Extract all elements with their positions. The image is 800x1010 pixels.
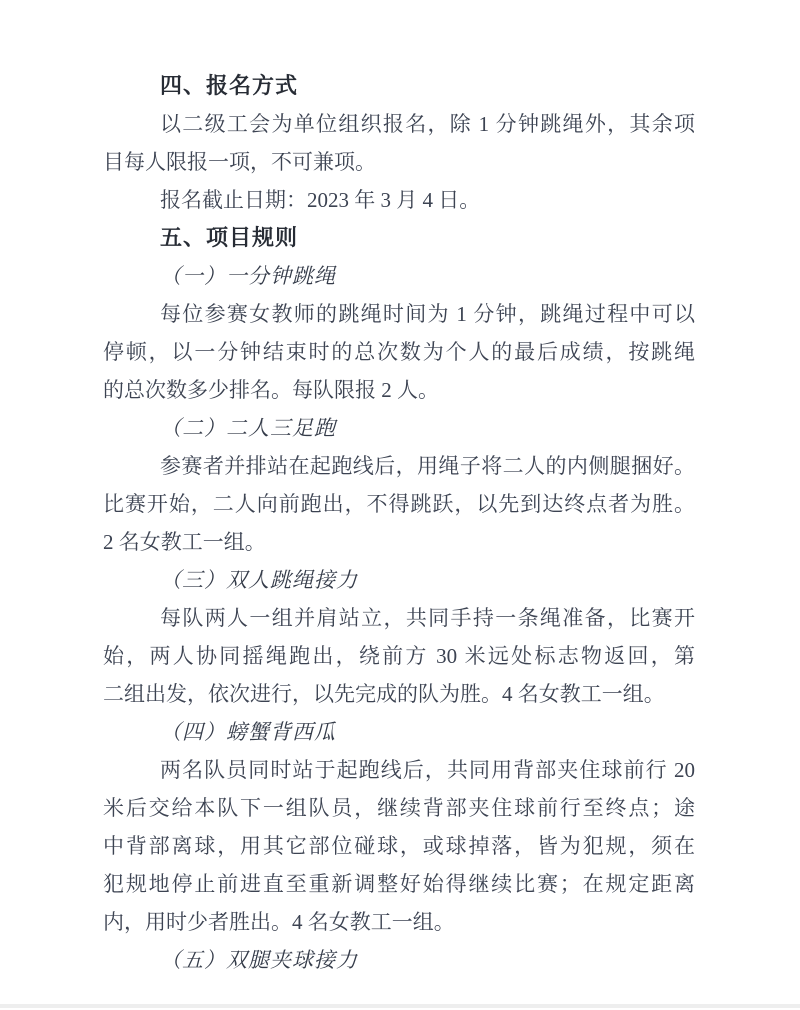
item-1-line-2: 停顿，以一分钟结束时的总次数为个人的最后成绩，按跳绳 bbox=[103, 333, 695, 371]
item-4-line-4: 犯规地停止前进直至重新调整好始得继续比赛；在规定距离 bbox=[103, 865, 695, 903]
section-4-para-2-line-1: 报名截止日期：2023 年 3 月 4 日。 bbox=[103, 181, 695, 219]
item-4-line-2: 米后交给本队下一组队员，继续背部夹住球前行至终点；途 bbox=[103, 789, 695, 827]
item-2-line-1: 参赛者并排站在起跑线后，用绳子将二人的内侧腿捆好。 bbox=[103, 447, 695, 485]
item-4-line-5: 内，用时少者胜出。4 名女教工一组。 bbox=[103, 903, 695, 941]
document-page: 四、报名方式 以二级工会为单位组织报名，除 1 分钟跳绳外，其余项 目每人限报一… bbox=[0, 0, 800, 1010]
section-4-heading: 四、报名方式 bbox=[103, 67, 695, 105]
item-3-subtitle: （三）双人跳绳接力 bbox=[103, 561, 695, 599]
item-1-line-1: 每位参赛女教师的跳绳时间为 1 分钟，跳绳过程中可以 bbox=[103, 295, 695, 333]
item-1-subtitle: （一）一分钟跳绳 bbox=[103, 257, 695, 295]
item-2-subtitle: （二）二人三足跑 bbox=[103, 409, 695, 447]
page-bottom-scan-edge bbox=[0, 1004, 800, 1008]
section-4-para-1-line-2: 目每人限报一项，不可兼项。 bbox=[103, 143, 695, 181]
item-4-line-3: 中背部离球，用其它部位碰球，或球掉落，皆为犯规，须在 bbox=[103, 827, 695, 865]
item-4-subtitle: （四）螃蟹背西瓜 bbox=[103, 713, 695, 751]
item-3-line-1: 每队两人一组并肩站立，共同手持一条绳准备，比赛开 bbox=[103, 599, 695, 637]
item-2-line-2: 比赛开始，二人向前跑出，不得跳跃，以先到达终点者为胜。 bbox=[103, 485, 695, 523]
section-5-heading: 五、项目规则 bbox=[103, 219, 695, 257]
item-3-line-3: 二组出发，依次进行，以先完成的队为胜。4 名女教工一组。 bbox=[103, 675, 695, 713]
document-body: 四、报名方式 以二级工会为单位组织报名，除 1 分钟跳绳外，其余项 目每人限报一… bbox=[0, 0, 592, 979]
item-3-line-2: 始，两人协同摇绳跑出，绕前方 30 米远处标志物返回，第 bbox=[103, 637, 695, 675]
item-4-line-1: 两名队员同时站于起跑线后，共同用背部夹住球前行 20 bbox=[103, 751, 695, 789]
item-2-line-3: 2 名女教工一组。 bbox=[103, 523, 695, 561]
section-4-para-1-line-1: 以二级工会为单位组织报名，除 1 分钟跳绳外，其余项 bbox=[103, 105, 695, 143]
item-5-subtitle: （五）双腿夹球接力 bbox=[103, 941, 695, 979]
item-1-line-3: 的总次数多少排名。每队限报 2 人。 bbox=[103, 371, 695, 409]
